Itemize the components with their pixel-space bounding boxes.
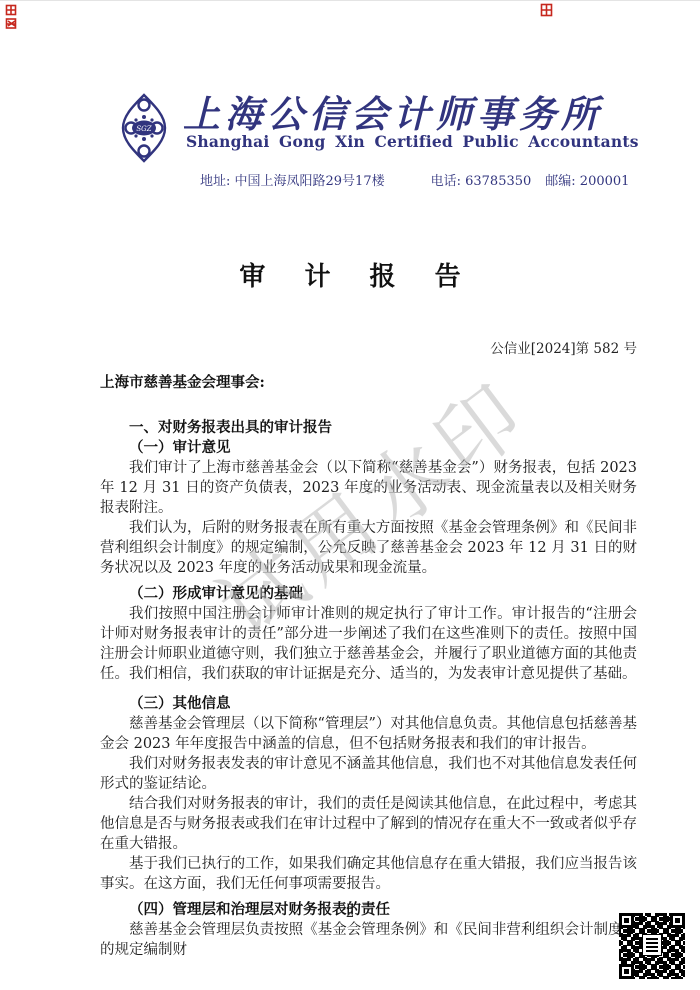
report-paragraph: 我们认为，后附的财务报表在所有重大方面按照《基金会管理条例》和《民间非营利组织会… [100, 518, 637, 578]
report-paragraph: 慈善基金会管理层（以下简称“管理层”）对其他信息负责。其他信息包括慈善基金会 2… [100, 714, 637, 754]
red-stamp-mark-right [540, 3, 553, 17]
report-paragraph: 结合我们对财务报表的审计，我们的责任是阅读其他信息，在此过程中，考虑其他信息是否… [100, 794, 637, 854]
report-section-heading: 一、对财务报表出具的审计报告 [100, 418, 637, 438]
postcode-text: 邮编: 200001 [545, 174, 629, 189]
report-paragraph: 我们对财务报表发表的审计意见不涵盖其他信息，我们也不对其他信息发表任何形式的鉴证… [100, 754, 637, 794]
letterhead-contact-row: 地址: 中国上海凤阳路29号17楼电话: 63785350邮编: 200001 [200, 170, 650, 189]
phone-text: 电话: 63785350 [431, 174, 532, 189]
qr-finder-top-left [619, 913, 634, 928]
report-paragraph: 我们按照中国注册会计师审计准则的规定执行了审计工作。审计报告的“注册会计师对财务… [100, 604, 637, 684]
report-paragraph: 慈善基金会管理层负责按照《基金会管理条例》和《民间非营利组织会计制度》的规定编制… [100, 920, 637, 960]
report-paragraph: 基于我们已执行的工作，如果我们确定其他信息存在重大错报，我们应当报告该事实。在这… [100, 854, 637, 894]
report-paragraph: 我们审计了上海市慈善基金会（以下简称“慈善基金会”）财务报表，包括 2023 年… [100, 458, 637, 518]
report-body: 一、对财务报表出具的审计报告（一）审计意见我们审计了上海市慈善基金会（以下简称“… [100, 418, 637, 960]
document-title: 审 计 报 告 [0, 256, 700, 293]
qr-finder-bottom-left [619, 964, 634, 979]
firm-name-english: Shanghai Gong Xin Certified Public Accou… [186, 132, 616, 151]
report-section-heading: （二）形成审计意见的基础 [100, 584, 637, 604]
firm-name-chinese: 上海公信会计师事务所 [183, 84, 613, 138]
address-text: 地址: 中国上海凤阳路29号17楼 [200, 174, 385, 189]
firm-logo: SGZ [118, 92, 170, 164]
qr-center-pattern [643, 935, 661, 955]
scan-edge-line [0, 0, 700, 1]
report-section-heading: （三）其他信息 [100, 694, 637, 714]
qr-code [619, 913, 685, 979]
document-number: 公信业[2024]第 582 号 [490, 337, 637, 357]
addressee-line: 上海市慈善基金会理事会: [100, 371, 265, 392]
red-stamp-mark-left [5, 4, 17, 30]
report-section-heading: （一）审计意见 [100, 438, 637, 458]
page-number: 2 [0, 905, 700, 921]
logo-monogram: SGZ [136, 125, 151, 133]
qr-finder-top-right [670, 913, 685, 928]
audit-report-page: SGZ 上海公信会计师事务所 Shanghai Gong Xin Certifi… [0, 0, 700, 990]
